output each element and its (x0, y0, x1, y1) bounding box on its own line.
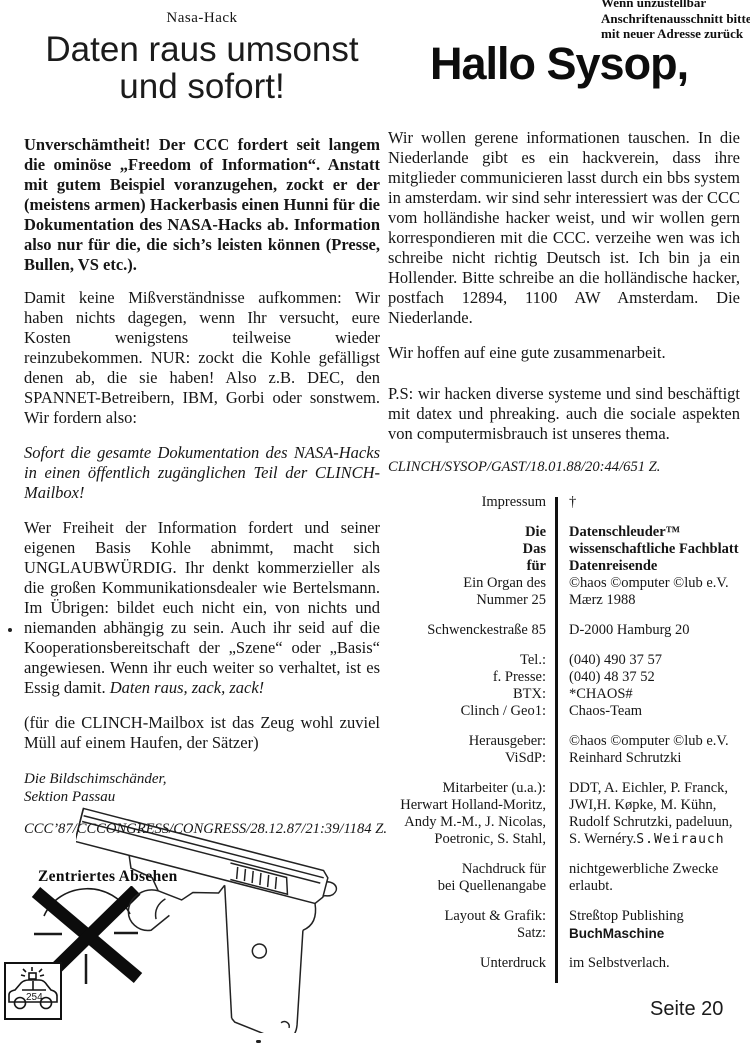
impressum-row: bei Quellenangabe erlaubt. (388, 878, 744, 895)
impressum-label: Das (388, 541, 555, 558)
impressum-label: für (388, 558, 555, 575)
impressum-value: JWI,H. Køpke, M. Kühn, (555, 797, 744, 814)
scan-artifact-dot (8, 628, 12, 632)
paragraph: Wir hoffen auf eine gute zusammenarbeit. (388, 343, 740, 363)
impressum-value-text: S. Wernéry. (569, 831, 636, 847)
impressum-value: Datenschleuder™ (555, 524, 744, 541)
left-column: Nasa-Hack Daten raus umsonst und sofort!… (24, 10, 380, 838)
notice-line: Anschriftenausschnitt bitte (601, 11, 750, 27)
impressum-row: Tel.: (040) 490 37 57 (388, 652, 744, 669)
impressum-block: Impressum † Die Datenschleuder™ Das wiss… (388, 494, 744, 972)
impressum-row: Ein Organ des ©haos ©omputer ©lub e.V. (388, 575, 744, 592)
scan-artifact-dot (256, 1040, 261, 1043)
police-car-icon: 254 (4, 962, 62, 1020)
impressum-label: Schwenckestraße 85 (388, 622, 555, 639)
pistol-illustration (76, 798, 361, 1033)
article-body: Unverschämtheit! Der CCC fordert seit la… (24, 135, 380, 838)
impressum-value: ©haos ©omputer ©lub e.V. (555, 733, 744, 750)
svg-text:254: 254 (26, 992, 43, 1003)
headline-line: und sofort! (24, 68, 380, 105)
impressum-row: BTX: *CHAOS# (388, 686, 744, 703)
impressum-label: Impressum (388, 494, 555, 511)
impressum-label: Unterdruck (388, 955, 555, 972)
impressum-row: für Datenreisende (388, 558, 744, 575)
impressum-value: Rudolf Schrutzki, padeluun, (555, 814, 744, 831)
impressum-row: Andy M.-M., J. Nicolas, Rudolf Schrutzki… (388, 814, 744, 831)
paragraph-demand: Sofort die gesamte Dokumentation des NAS… (24, 443, 380, 503)
impressum-label: Layout & Grafik: (388, 908, 555, 925)
impressum-value: D-2000 Hamburg 20 (555, 622, 744, 639)
right-column: Wir wollen gerene informationen tauschen… (388, 128, 740, 476)
impressum-value: BuchMaschine (555, 925, 744, 942)
article-kicker: Nasa-Hack (24, 10, 380, 27)
impressum-label: Nummer 25 (388, 592, 555, 609)
impressum-value: DDT, A. Eichler, P. Franck, (555, 780, 744, 797)
impressum-row: Das wissenschaftliche Fachblatt (388, 541, 744, 558)
impressum-value: ©haos ©omputer ©lub e.V. (555, 575, 744, 592)
article-headline: Daten raus umsonst und sofort! (24, 31, 380, 105)
signature-line: Die Bildschimschänder, (24, 770, 380, 788)
impressum-row: Poetronic, S. Stahl, S. Wernéry.S.Weirau… (388, 831, 744, 848)
bbs-source-line: CLINCH/SYSOP/GAST/18.01.88/20:44/651 Z. (388, 459, 740, 476)
impressum-label: Ein Organ des (388, 575, 555, 592)
letter-headline: Hallo Sysop, (430, 38, 730, 90)
impressum-label: Herausgeber: (388, 733, 555, 750)
impressum-row: Unterdruck im Selbstverlach. (388, 955, 744, 972)
magazine-page: Nasa-Hack Daten raus umsonst und sofort!… (0, 0, 750, 1050)
paragraph-note: (für die CLINCH-Mailbox ist das Zeug woh… (24, 713, 380, 753)
impressum-value: erlaubt. (555, 878, 744, 895)
impressum-value: (040) 48 37 52 (555, 669, 744, 686)
impressum-label: Poetronic, S. Stahl, (388, 831, 555, 848)
paragraph: Wir wollen gerene informationen tauschen… (388, 128, 740, 328)
impressum-label: Nachdruck für (388, 861, 555, 878)
impressum-value: † (555, 494, 744, 511)
impressum-row: Impressum † (388, 494, 744, 511)
impressum-label: Die (388, 524, 555, 541)
impressum-label: bei Quellenangabe (388, 878, 555, 895)
impressum-row: ViSdP: Reinhard Schrutzki (388, 750, 744, 767)
impressum-label: Andy M.-M., J. Nicolas, (388, 814, 555, 831)
impressum-value: (040) 490 37 57 (555, 652, 744, 669)
impressum-value: Reinhard Schrutzki (555, 750, 744, 767)
impressum-row: Layout & Grafik: Streßtop Publishing (388, 908, 744, 925)
paragraph: Unverschämtheit! Der CCC fordert seit la… (24, 135, 380, 275)
impressum-label: BTX: (388, 686, 555, 703)
impressum-value: Streßtop Publishing (555, 908, 744, 925)
impressum-value: im Selbstverlach. (555, 955, 744, 972)
impressum-value: wissenschaftliche Fachblatt (555, 541, 744, 558)
impressum-label: Tel.: (388, 652, 555, 669)
paragraph: Damit keine Mißverständnisse aufkommen: … (24, 288, 380, 428)
impressum-value: Mærz 1988 (555, 592, 744, 609)
impressum-row: Nummer 25 Mærz 1988 (388, 592, 744, 609)
impressum-row: Nachdruck für nichtgewerbliche Zwecke (388, 861, 744, 878)
paragraph-emphasis: Daten raus, zack, zack! (110, 678, 264, 697)
impressum-label: Herwart Holland-Moritz, (388, 797, 555, 814)
impressum-row: Mitarbeiter (u.a.): DDT, A. Eichler, P. … (388, 780, 744, 797)
paragraph-text: Wer Freiheit der Information fordert und… (24, 518, 380, 697)
impressum-value: nichtgewerbliche Zwecke (555, 861, 744, 878)
notice-line: Wenn unzustellbar (601, 0, 750, 11)
impressum-value: Datenreisende (555, 558, 744, 575)
typewritten-addition: S.Weirauch (636, 832, 724, 847)
impressum-row: Clinch / Geo1: Chaos-Team (388, 703, 744, 720)
impressum-value: S. Wernéry.S.Weirauch (555, 831, 744, 848)
impressum-row: Satz: BuchMaschine (388, 925, 744, 942)
impressum-label: Clinch / Geo1: (388, 703, 555, 720)
paragraph: Wer Freiheit der Information fordert und… (24, 518, 380, 698)
impressum-row: Schwenckestraße 85 D-2000 Hamburg 20 (388, 622, 744, 639)
headline-line: Daten raus umsonst (24, 31, 380, 68)
return-address-notice: Wenn unzustellbar Anschriftenausschnitt … (601, 0, 750, 42)
impressum-label: f. Presse: (388, 669, 555, 686)
impressum-label: Satz: (388, 925, 555, 942)
page-number: Seite 20 (650, 998, 723, 1021)
impressum-row: Die Datenschleuder™ (388, 524, 744, 541)
impressum-row: f. Presse: (040) 48 37 52 (388, 669, 744, 686)
paragraph-ps: P.S: wir hacken diverse systeme und sind… (388, 384, 740, 444)
impressum-value: Chaos-Team (555, 703, 744, 720)
impressum-divider (555, 497, 558, 983)
impressum-label: ViSdP: (388, 750, 555, 767)
impressum-row: Herausgeber: ©haos ©omputer ©lub e.V. (388, 733, 744, 750)
impressum-row: Herwart Holland-Moritz, JWI,H. Køpke, M.… (388, 797, 744, 814)
impressum-value: *CHAOS# (555, 686, 744, 703)
impressum-label: Mitarbeiter (u.a.): (388, 780, 555, 797)
